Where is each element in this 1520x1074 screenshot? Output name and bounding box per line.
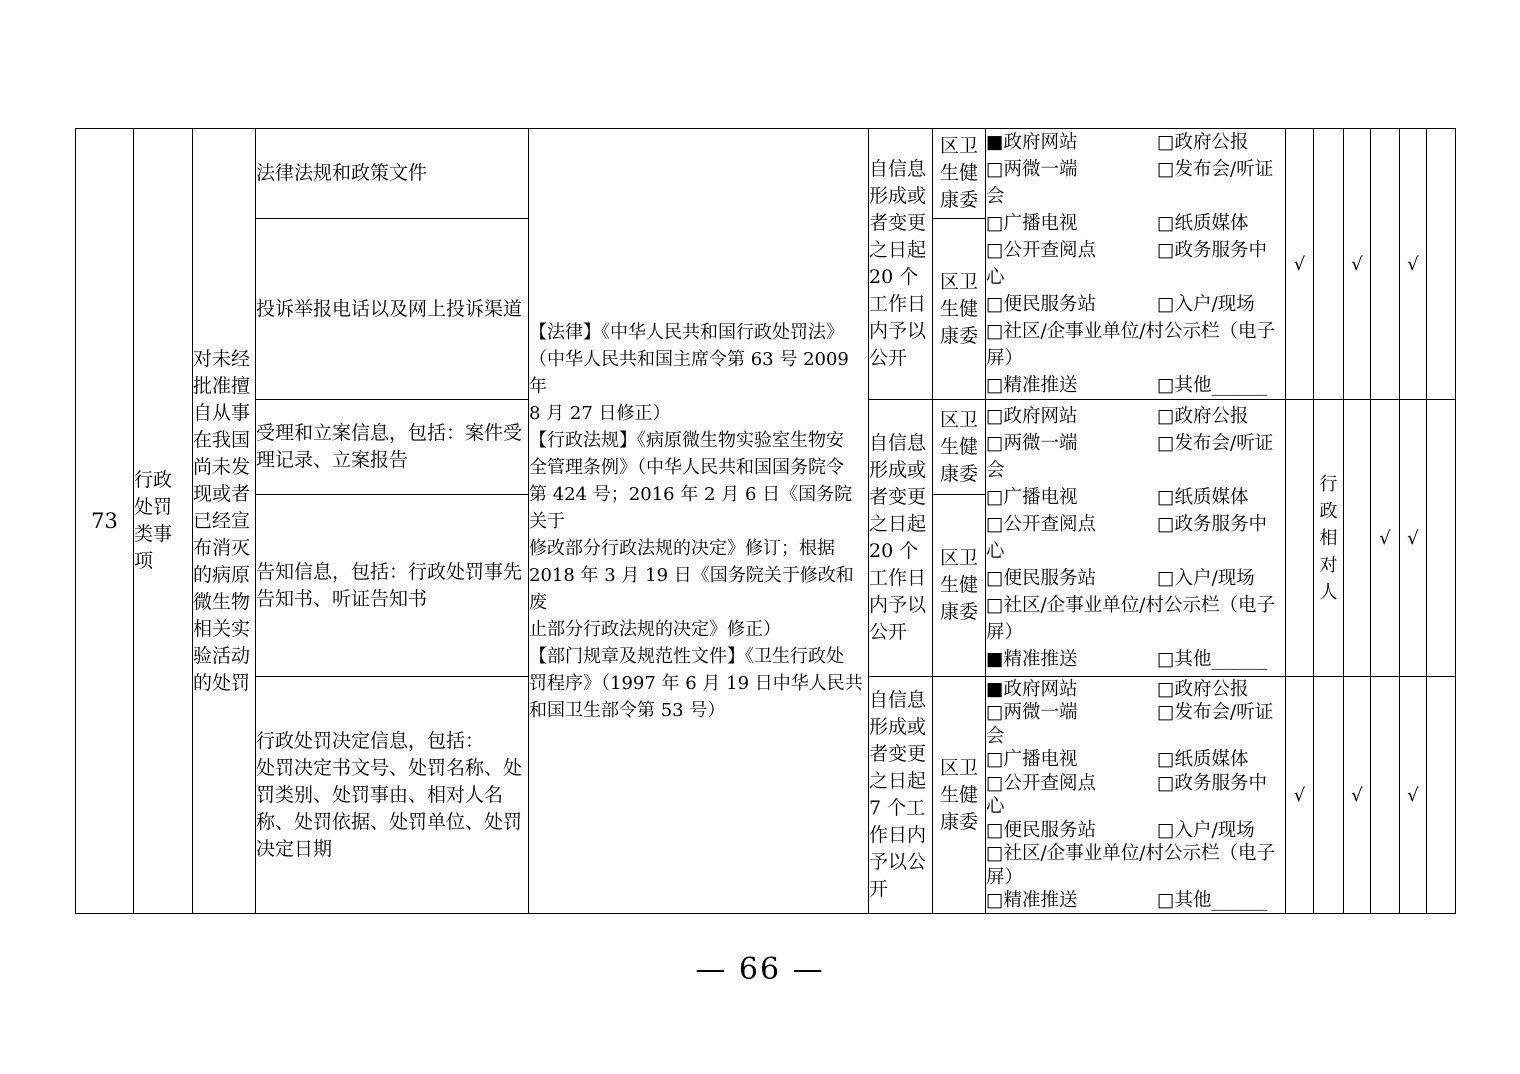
content-cell-penalty-decision: 行政处罚决定信息，包括： 处罚决定书文号、处罚名称、处罚类别、处罚事由、相对人名… <box>256 677 529 914</box>
channel-line: ■政府网站□政府公报 <box>986 129 1285 156</box>
channel-option: □政府公报 <box>1157 129 1248 156</box>
channel-line: □精准推送□其他______ <box>986 372 1285 399</box>
channel-line: □公开查阅点□政务服务中 <box>986 772 1285 796</box>
channel-option: □公开查阅点 <box>986 511 1157 538</box>
channel-option: □社区/企事业单位/村公示栏（电子 <box>986 318 1275 345</box>
department-cell: 区卫 生健 康委 <box>933 219 986 400</box>
mark-cell: √ <box>1344 677 1371 914</box>
channel-option: □公开查阅点 <box>986 237 1157 264</box>
channel-line: □社区/企事业单位/村公示栏（电子 <box>986 592 1285 619</box>
channel-line: 心 <box>986 264 1285 291</box>
channel-option: □入户/现场 <box>1157 819 1255 843</box>
item-name-cell: 对未经 批准擅 自从事 在我国 尚未发 现或者 已经宣 布消灭 的病原 微生物 … <box>193 129 256 914</box>
channel-option: □广播电视 <box>986 484 1157 511</box>
channel-line: □便民服务站□入户/现场 <box>986 565 1285 592</box>
channel-option: □政府公报 <box>1157 403 1248 430</box>
channel-option: ■政府网站 <box>986 129 1157 156</box>
mark-cell <box>1427 129 1456 400</box>
channel-line: 屏） <box>986 345 1285 372</box>
channel-line: □广播电视□纸质媒体 <box>986 210 1285 237</box>
channel-options-list: ■政府网站□政府公报 □两微一端□发布会/听证 会 □广播电视□纸质媒体 □公开… <box>986 129 1285 399</box>
channel-option: □纸质媒体 <box>1157 484 1248 511</box>
channel-option: ■政府网站 <box>986 678 1157 702</box>
channel-line: □社区/企事业单位/村公示栏（电子 <box>986 842 1285 866</box>
channels-cell-block2: □政府网站□政府公报 □两微一端□发布会/听证 会 □广播电视□纸质媒体 □公开… <box>986 400 1286 677</box>
channel-line: 屏） <box>986 866 1285 890</box>
mark-cell-target: 行 政 相 对 人 <box>1314 400 1344 677</box>
content-cell-notification: 告知信息，包括：行政处罚事先告知书、听证告知书 <box>256 495 529 677</box>
time-limit-cell-20d: 自信息 形成或 者变更 之日起 20 个 工作日 内予以 公开 <box>869 129 933 400</box>
channel-option: □政务服务中 <box>1157 772 1267 796</box>
channel-line: □广播电视□纸质媒体 <box>986 748 1285 772</box>
channel-option: □发布会/听证 <box>1157 156 1273 183</box>
channel-line: □便民服务站□入户/现场 <box>986 291 1285 318</box>
channel-line: □广播电视□纸质媒体 <box>986 484 1285 511</box>
channel-option: □公开查阅点 <box>986 772 1157 796</box>
channel-option: □其他______ <box>1157 646 1267 673</box>
channel-line: □两微一端□发布会/听证 <box>986 701 1285 725</box>
mark-cell: √ <box>1400 129 1427 400</box>
channel-option: □发布会/听证 <box>1157 430 1273 457</box>
channel-option: □政府网站 <box>986 403 1157 430</box>
channel-option: □精准推送 <box>986 889 1157 913</box>
channel-option: □两微一端 <box>986 156 1157 183</box>
legal-basis-cell: 【法律】《中华人民共和国行政处罚法》 （中华人民共和国主席令第 63 号 200… <box>529 129 869 914</box>
channel-option: □两微一端 <box>986 701 1157 725</box>
channel-option: □广播电视 <box>986 748 1157 772</box>
channel-line: ■政府网站□政府公报 <box>986 678 1285 702</box>
mark-cell <box>1286 400 1314 677</box>
content-cell-complaint-channels: 投诉举报电话以及网上投诉渠道 <box>256 219 529 400</box>
channel-option: □便民服务站 <box>986 291 1157 318</box>
mark-cell <box>1314 677 1344 914</box>
channel-line: □政府网站□政府公报 <box>986 403 1285 430</box>
channel-line: □两微一端□发布会/听证 <box>986 156 1285 183</box>
channel-option: □社区/企事业单位/村公示栏（电子 <box>986 842 1275 866</box>
mark-cell <box>1371 677 1400 914</box>
channel-line: 会 <box>986 183 1285 210</box>
channels-cell-block1: ■政府网站□政府公报 □两微一端□发布会/听证 会 □广播电视□纸质媒体 □公开… <box>986 129 1286 400</box>
channel-line: □公开查阅点□政务服务中 <box>986 237 1285 264</box>
mark-cell <box>1427 400 1456 677</box>
item-number-cell: 73 <box>76 129 134 914</box>
channel-option: □入户/现场 <box>1157 291 1255 318</box>
channel-option: 屏） <box>986 345 1157 372</box>
content-cell-case-acceptance: 受理和立案信息，包括：案件受理记录、立案报告 <box>256 400 529 495</box>
mark-cell: √ <box>1371 400 1400 677</box>
mark-cell <box>1371 129 1400 400</box>
channel-option: □政务服务中 <box>1157 511 1267 538</box>
channel-option: 会 <box>986 725 1157 749</box>
page-number: — 66 — <box>0 952 1520 987</box>
channel-option: □其他______ <box>1157 889 1267 913</box>
department-cell: 区卫 生健 康委 <box>933 129 986 219</box>
document-page: 73 行政 处罚 类事 项 对未经 批准擅 自从事 在我国 尚未发 现或者 已经… <box>0 0 1520 1074</box>
channel-option: 会 <box>986 457 1157 484</box>
channel-option: □便民服务站 <box>986 565 1157 592</box>
channel-option: 心 <box>986 264 1157 291</box>
department-cell: 区卫 生健 康委 <box>933 400 986 495</box>
channel-options-list: □政府网站□政府公报 □两微一端□发布会/听证 会 □广播电视□纸质媒体 □公开… <box>986 403 1285 673</box>
channel-line: 心 <box>986 538 1285 565</box>
channel-options-list: ■政府网站□政府公报 □两微一端□发布会/听证 会 □广播电视□纸质媒体 □公开… <box>986 678 1285 913</box>
channel-option: □纸质媒体 <box>1157 210 1248 237</box>
mark-cell: √ <box>1400 677 1427 914</box>
channel-option: □社区/企事业单位/村公示栏（电子 <box>986 592 1275 619</box>
time-limit-cell-20d: 自信息 形成或 者变更 之日起 20 个 工作日 内予以 公开 <box>869 400 933 677</box>
channel-option: 心 <box>986 795 1157 819</box>
channel-option: □入户/现场 <box>1157 565 1255 592</box>
mark-cell: √ <box>1344 129 1371 400</box>
department-cell: 区卫 生健 康委 <box>933 495 986 677</box>
channel-option: □两微一端 <box>986 430 1157 457</box>
channel-option: □政务服务中 <box>1157 237 1267 264</box>
channel-line: ■精准推送□其他______ <box>986 646 1285 673</box>
channel-option: 心 <box>986 538 1157 565</box>
channel-option: □纸质媒体 <box>1157 748 1248 772</box>
mark-cell <box>1344 400 1371 677</box>
channel-option: □政府公报 <box>1157 678 1248 702</box>
channel-line: 心 <box>986 795 1285 819</box>
channels-cell-block3: ■政府网站□政府公报 □两微一端□发布会/听证 会 □广播电视□纸质媒体 □公开… <box>986 677 1286 914</box>
channel-line: 屏） <box>986 619 1285 646</box>
channel-line: 会 <box>986 725 1285 749</box>
channel-option: □广播电视 <box>986 210 1157 237</box>
channel-line: 会 <box>986 457 1285 484</box>
mark-cell <box>1427 677 1456 914</box>
mark-cell: √ <box>1286 677 1314 914</box>
channel-line: □公开查阅点□政务服务中 <box>986 511 1285 538</box>
channel-line: □精准推送□其他______ <box>986 889 1285 913</box>
disclosure-matrix-table: 73 行政 处罚 类事 项 对未经 批准擅 自从事 在我国 尚未发 现或者 已经… <box>75 128 1456 914</box>
channel-option: □发布会/听证 <box>1157 701 1273 725</box>
channel-option: ■精准推送 <box>986 646 1157 673</box>
channel-line: □便民服务站□入户/现场 <box>986 819 1285 843</box>
channel-option: 屏） <box>986 619 1157 646</box>
channel-option: □便民服务站 <box>986 819 1157 843</box>
content-cell-law-policy: 法律法规和政策文件 <box>256 129 529 219</box>
time-limit-cell-7d: 自信息 形成或 者变更 之日起 7 个工 作日内 予以公 开 <box>869 677 933 914</box>
channel-option: □其他______ <box>1157 372 1267 399</box>
channel-line: □两微一端□发布会/听证 <box>986 430 1285 457</box>
mark-cell: √ <box>1286 129 1314 400</box>
channel-option: □精准推送 <box>986 372 1157 399</box>
mark-cell: √ <box>1400 400 1427 677</box>
category-cell: 行政 处罚 类事 项 <box>134 129 193 914</box>
mark-cell <box>1314 129 1344 400</box>
channel-line: □社区/企事业单位/村公示栏（电子 <box>986 318 1285 345</box>
department-cell: 区卫 生健 康委 <box>933 677 986 914</box>
channel-option: 屏） <box>986 866 1157 890</box>
channel-option: 会 <box>986 183 1157 210</box>
